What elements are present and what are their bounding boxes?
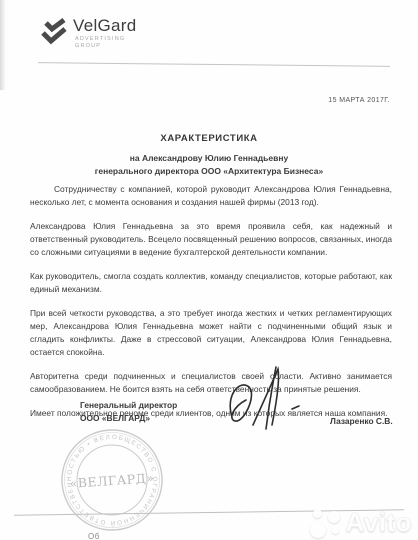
- letter-body: Сотрудничеству с компанией, которой руко…: [30, 183, 392, 431]
- footer-partial-text: Об: [88, 532, 100, 540]
- stamp-center-text: «ВЕЛГАРД»: [69, 470, 155, 491]
- paragraph: Как руководитель, смогла создать коллект…: [30, 270, 392, 296]
- document-title: ХАРАКТЕРИСТИКА: [0, 133, 418, 144]
- addressee-line-2: генерального директора ООО «Архитектура …: [0, 165, 418, 178]
- signature-position-line1: Генеральный директор: [80, 399, 177, 412]
- avito-watermark-text: Avito: [345, 507, 412, 538]
- company-round-stamp: ОБЩЕСТВО С ОГРАНИЧЕННОЙ ОТВЕТСТВЕННОСТЬЮ…: [56, 424, 168, 536]
- scanned-reference-letter: VelGard ADVERTISING GROUP 15 МАРТА 2017Г…: [0, 0, 418, 540]
- paragraph: При всей четкости руководства, а это тре…: [30, 307, 392, 359]
- paragraph: Сотрудничеству с компанией, которой руко…: [30, 183, 392, 209]
- avito-watermark: Avito: [310, 507, 412, 538]
- logo-tagline-line1: ADVERTISING: [75, 36, 137, 43]
- letterhead-divider: [38, 62, 390, 67]
- logo-company-name: VelGard: [73, 16, 137, 36]
- signature-position-block: Генеральный директор ООО «ВЕЛГАРД»: [80, 399, 177, 425]
- scan-edge-shadow: [0, 0, 6, 90]
- double-checkmark-icon: [40, 18, 68, 46]
- company-logo: VelGard ADVERTISING GROUP: [40, 16, 137, 50]
- addressee-block: на Александрову Юлию Геннадьевну генерал…: [0, 152, 418, 177]
- paragraph: Александрова Юлия Геннадьевна за это вре…: [30, 220, 392, 259]
- signatory-name: Лазаренко С.В.: [330, 416, 393, 426]
- document-date: 15 МАРТА 2017Г.: [328, 97, 390, 104]
- addressee-line-1: на Александрову Юлию Геннадьевну: [0, 152, 418, 165]
- avito-logo-icon: [310, 508, 340, 538]
- logo-tagline-line2: GROUP: [75, 43, 137, 50]
- paragraph: Авторитетна среди подчиненных и специали…: [30, 370, 392, 396]
- handwritten-signature: [222, 363, 306, 439]
